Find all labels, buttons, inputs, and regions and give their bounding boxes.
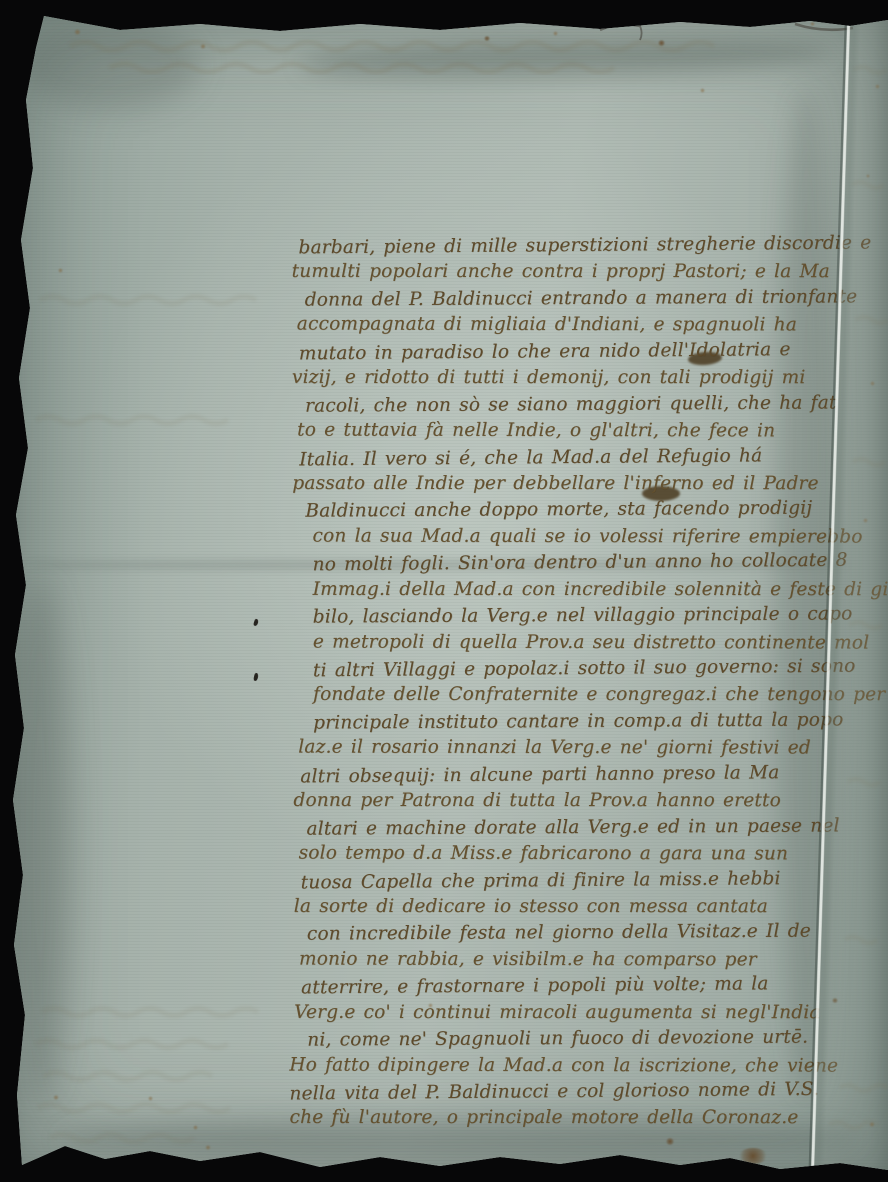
stain: [738, 1148, 768, 1164]
text-line: atterrire, e frastornare i popoli più vo…: [301, 971, 847, 1002]
text-line: tumulti popolari anche contra i proprj P…: [292, 259, 845, 286]
stain: [74, 29, 81, 35]
text-line: bilo, lasciando la Verg.e nel villaggio …: [313, 601, 846, 631]
stain: [467, 25, 471, 29]
stain: [128, 1155, 133, 1160]
stain: [53, 1095, 59, 1100]
text-line: altari e machine dorate alla Verg.e ed i…: [306, 813, 846, 843]
stain: [700, 88, 705, 93]
text-line: Immag.i della Mad.a con incredibile sole…: [313, 577, 846, 604]
stain: [836, 13, 843, 19]
text-line: barbari, piene di mille superstizioni st…: [298, 231, 844, 262]
text-line: tuosa Capella che prima di finire la mis…: [301, 865, 847, 896]
stain: [310, 22, 314, 26]
stain: [553, 31, 558, 36]
stain: [205, 1145, 211, 1150]
text-line: racoli, che non sò se siano maggiori que…: [305, 390, 845, 420]
stain: [26, 24, 36, 32]
text-line: ni, come ne' Spagnuoli un fuoco di devoz…: [307, 1024, 847, 1054]
text-line: ti altri Villaggi e popolaz.i sotto il s…: [313, 654, 846, 685]
stain: [810, 22, 815, 26]
text-line: donna per Patrona di tutta la Prov.a han…: [293, 788, 846, 815]
text-line: Italia. Il vero si é, che la Mad.a del R…: [299, 442, 845, 473]
stain: [58, 268, 63, 273]
stain: [407, 22, 412, 27]
text-line: mutato in paradiso lo che era nido dell'…: [299, 336, 845, 367]
text-line: principale instituto cantare in comp.a d…: [313, 707, 846, 737]
stain: [666, 1138, 674, 1145]
text-line: vizij, e ridotto di tutti i demonij, con…: [292, 365, 845, 392]
scan-background: barbari, piene di mille superstizioni st…: [0, 0, 888, 1182]
stain: [145, 1152, 152, 1158]
handwritten-text: barbari, piene di mille superstizioni st…: [296, 232, 847, 1133]
text-line: monio ne rabbia, e visibilm.e ha compars…: [299, 946, 847, 973]
text-line: con incredibile festa nel giorno della V…: [307, 919, 847, 949]
text-line: Verg.e co' i continui miracoli augumenta…: [294, 1000, 847, 1027]
text-line: la sorte di dedicare io stesso con messa…: [294, 894, 847, 921]
text-line: passato alle Indie per debbellare l'infe…: [292, 471, 845, 498]
text-line: accompagnata di migliaia d'Indiani, e sp…: [297, 312, 845, 339]
text-line: fondate delle Confraternite e congregaz.…: [313, 682, 846, 709]
text-line: Ho fatto dipingere la Mad.a con la iscri…: [289, 1052, 847, 1079]
text-line: to e tuttavia fà nelle Indie, o gl'altri…: [297, 418, 845, 445]
stain: [251, 18, 256, 23]
manuscript-page: barbari, piene di mille superstizioni st…: [0, 0, 888, 1182]
stain: [484, 36, 490, 41]
text-line: Baldinucci anche doppo morte, sta facend…: [305, 496, 845, 526]
stain: [193, 1125, 198, 1130]
text-line: che fù l'autore, o principale motore del…: [290, 1105, 848, 1132]
text-line: solo tempo d.a Miss.e fabricarono a gara…: [299, 841, 847, 868]
text-line: altri obsequij: in alcune parti hanno pr…: [300, 759, 846, 790]
stain: [148, 1096, 153, 1101]
text-line: donna del P. Baldinucci entrando a maner…: [305, 284, 845, 314]
text-line: no molti fogli. Sin'ora dentro d'un anno…: [312, 548, 845, 579]
stain: [658, 40, 665, 46]
text-line: nella vita del P. Baldinucci e col glori…: [289, 1077, 847, 1108]
stain: [200, 44, 206, 49]
text-line: con la sua Mad.a quali se io volessi rif…: [312, 523, 845, 550]
text-line: laz.e il rosario innanzi la Verg.e ne' g…: [298, 735, 846, 762]
text-line: e metropoli di quella Prov.a seu distret…: [313, 629, 846, 656]
stain: [743, 22, 748, 27]
